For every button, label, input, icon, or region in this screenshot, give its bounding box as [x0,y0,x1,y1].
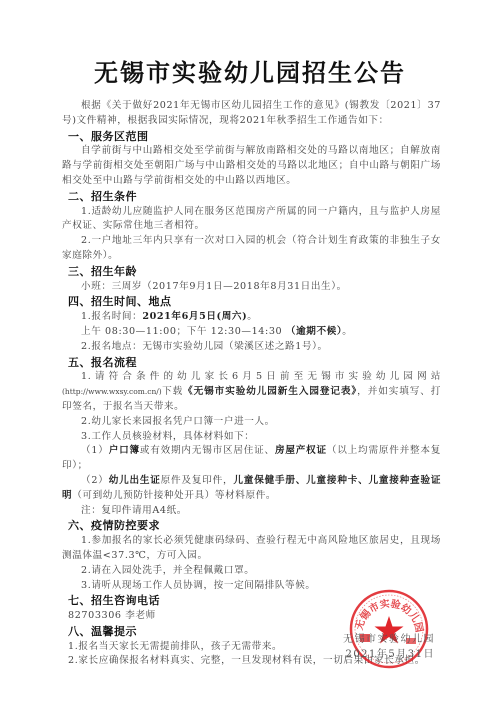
registration-date-label: 1.报名时间： [81,311,142,322]
material-text: （可到幼儿预防针接种处开具）等材料原件。 [72,490,276,501]
intro-paragraph: 根据《关于做好2021年无锡市区幼儿园招生工作的意见》(锡教发〔2021〕37号… [62,99,441,129]
copy-note: 注：复印件请用A4纸。 [62,504,441,519]
condition-1: 1.适龄幼儿应随监护人同在服务区范围房产所属的同一户籍内，且与监护人房屋产权证、… [62,205,441,235]
material-item-1: （1）户口簿或有效期内无锡市区居住证、房屋产权证（以上均需原件并整本复印）； [62,444,441,474]
website-link[interactable]: (http://www.wxsy.com.cn/) [62,387,162,396]
punct: 。 [342,326,352,337]
material-item-2: （2）幼儿出生证原件及复印件，儿童保健手册、儿童接种卡、儿童接种查验证明（可到幼… [62,474,441,504]
epidemic-rule-1: 1.参加报名的家长必须凭健康码绿码、查验行程无中高风险地区旅居史，且现场测温体温… [62,534,441,564]
age-text: 小班：三周岁（2017年9月1日—2018年8月31日出生）。 [62,280,441,295]
signature-org: 无锡市实验幼儿园 [343,632,435,647]
no-late-note: （逾期不候） [286,326,342,337]
registration-date: 1.报名时间：2021年6月5日(周六)。 [62,310,441,325]
condition-2: 2.一户地址三年内只享有一次对口入园的机会（符合计划生育政策的非独生子女家庭除外… [62,234,441,264]
registration-date-value: 2021年6月5日(周六) [142,311,247,322]
section-heading-time-place: 四、招生时间、地点 [62,295,441,310]
document-body: 根据《关于做好2021年无锡市区幼儿园招生工作的意见》(锡教发〔2021〕37号… [62,99,441,669]
property-certificate: 房屋产权证 [275,445,327,456]
signature-block: 无锡市实验幼儿园 2021年5月31日 [343,632,435,662]
section-heading-service-area: 一、服务区范围 [62,130,441,145]
registration-hours-text: 上午 08:30—11:00；下午 12:30—14:30 [81,326,286,337]
punct: 。 [247,311,257,322]
section-heading-age: 三、招生年龄 [62,265,441,280]
registration-hours: 上午 08:30—11:00；下午 12:30—14:30 （逾期不候）。 [62,325,441,340]
registration-place: 2.报名地点：无锡市实验幼儿园（梁溪区述之路1号）。 [62,340,441,355]
process-step-2: 2.幼儿家长来园报名凭户口簿一户进一人。 [62,415,441,430]
item-number: （1） [81,445,109,456]
material-text: 或有效期内无锡市区居住证、 [140,445,275,456]
registration-form-name: 《无锡市实验幼儿园新生入园登记表》 [183,386,357,397]
material-text: 原件及复印件， [161,475,234,486]
signature-date: 2021年5月31日 [343,647,435,662]
process-step-1-text: 1.请符合条件的幼儿家长6月5日前至无锡市实验幼儿园网站 [81,371,441,382]
process-step-1: 1.请符合条件的幼儿家长6月5日前至无锡市实验幼儿园网站(http://www.… [62,370,441,414]
hukou-book: 户口簿 [109,445,140,456]
service-area-text: 自学前街与中山路相交处至学前街与解放南路相交处的马路以南地区；自解放南路与学前街… [62,144,441,188]
page-title: 无锡市实验幼儿园招生公告 [0,53,500,88]
item-number: （2） [81,475,109,486]
section-heading-process: 五、报名流程 [62,356,441,371]
epidemic-rule-2: 2.请在入园处洗手，并全程佩戴口罩。 [62,564,441,579]
section-heading-conditions: 二、招生条件 [62,190,441,205]
download-label: 下载 [162,386,183,397]
process-step-3: 3.工作人员核验材料，具体材料如下： [62,430,441,445]
section-heading-epidemic: 六、疫情防控要求 [62,519,441,534]
birth-certificate: 幼儿出生证 [109,475,161,486]
